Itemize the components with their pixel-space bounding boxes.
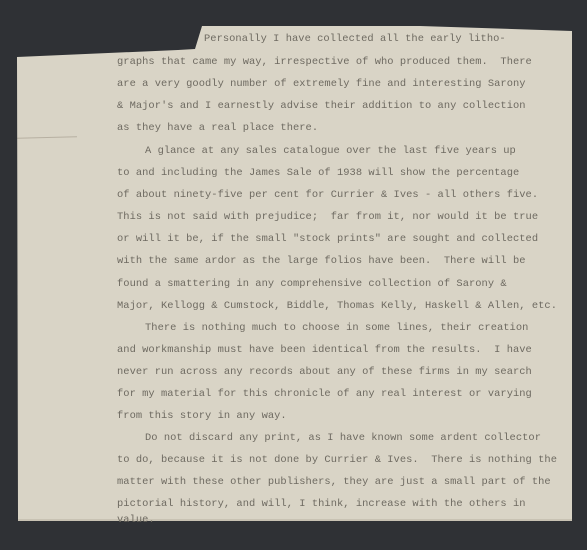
text-line: and workmanship must have been identical… — [117, 344, 532, 356]
text-line: to do, because it is not done by Currier… — [117, 454, 557, 466]
text-line: are a very goodly number of extremely fi… — [117, 78, 526, 90]
text-line: or will it be, if the small "stock print… — [117, 233, 538, 245]
text-line: There is nothing much to choose in some … — [145, 322, 528, 334]
text-line: never run across any records about any o… — [117, 366, 532, 378]
text-line: with the same ardor as the large folios … — [117, 255, 526, 267]
text-line: from this story in any way. — [117, 410, 287, 422]
document-body: Personally I have collected all the earl… — [0, 0, 587, 550]
text-line: graphs that came my way, irrespective of… — [117, 56, 532, 68]
text-line: of about ninety-five per cent for Currie… — [117, 189, 538, 201]
text-line: to and including the James Sale of 1938 … — [117, 167, 519, 179]
text-line: found a smattering in any comprehensive … — [117, 278, 507, 290]
text-line: value. — [117, 514, 155, 526]
text-line: Do not discard any print, as I have know… — [145, 432, 541, 444]
text-line: A glance at any sales catalogue over the… — [145, 145, 516, 157]
text-line: Major, Kellogg & Cumstock, Biddle, Thoma… — [117, 300, 557, 312]
text-line: as they have a real place there. — [117, 122, 318, 134]
text-line: for my material for this chronicle of an… — [117, 388, 532, 400]
text-line: This is not said with prejudice; far fro… — [117, 211, 538, 223]
text-line: Personally I have collected all the earl… — [204, 33, 506, 45]
text-line: & Major's and I earnestly advise their a… — [117, 100, 526, 112]
text-line: matter with these other publishers, they… — [117, 476, 551, 488]
text-line: pictorial history, and will, I think, in… — [117, 498, 526, 510]
